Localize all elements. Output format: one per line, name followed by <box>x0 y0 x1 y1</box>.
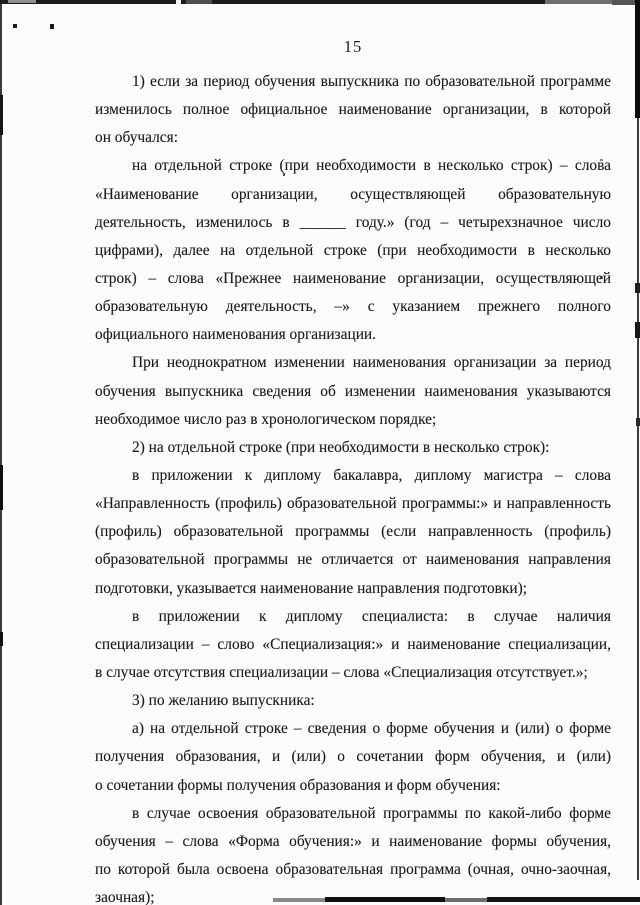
scan-edge-left <box>0 4 2 905</box>
text-line: 3) по желанию выпускника: <box>95 687 611 715</box>
scan-edge-right-segment <box>635 283 640 293</box>
text-line: он обучался: <box>95 124 611 152</box>
text-line: 2) на отдельной строке (при необходимост… <box>95 434 611 462</box>
text-line: обучения выпускника сведения об изменени… <box>95 378 611 406</box>
text-line: на отдельной строке (при необходимости в… <box>95 152 611 180</box>
scan-edge-left-segment <box>0 465 3 510</box>
text-line: необходимое число раз в хронологическом … <box>95 406 611 434</box>
text-line: (профиль) образовательной программы (есл… <box>95 518 611 546</box>
text-line: специализации – слово «Специализация:» и… <box>95 631 611 659</box>
scan-edge-right <box>637 118 639 880</box>
text-line: в приложении к диплому бакалавра, диплом… <box>95 462 611 490</box>
text-line: в случае освоения образовательной програ… <box>95 800 611 828</box>
text-line: 1) если за период обучения выпускника по… <box>95 68 611 96</box>
scan-edge-right-segment <box>636 418 640 426</box>
paragraph: в приложении к диплому специалиста: в сл… <box>95 603 611 687</box>
text-line: а) на отдельной строке – сведения о форм… <box>95 715 611 743</box>
text-line: подготовки, указывается наименование нап… <box>95 575 611 603</box>
paragraph: на отдельной строке (при необходимости в… <box>95 152 611 349</box>
text-body: 1) если за период обучения выпускника по… <box>95 68 611 905</box>
scan-speck <box>50 24 54 29</box>
text-line: «Направленность (профиль) образовательно… <box>95 490 611 518</box>
text-line: обучения – слова «Форма обучения:» и наи… <box>95 828 611 856</box>
text-line: заочная); <box>95 884 611 905</box>
scan-edge-right-block <box>635 0 640 118</box>
scan-edge-top-segment <box>176 0 181 4</box>
paragraph: в случае освоения образовательной програ… <box>95 800 611 905</box>
text-line: строк) – слова «Прежнее наименование орг… <box>95 265 611 293</box>
text-line: в приложении к диплому специалиста: в сл… <box>95 603 611 631</box>
paragraph: 1) если за период обучения выпускника по… <box>95 68 611 152</box>
scanned-page: 15 1) если за период обучения выпускника… <box>0 0 640 905</box>
paragraph: в приложении к диплому бакалавра, диплом… <box>95 462 611 603</box>
text-line: в случае отсутствия специализации – слов… <box>95 659 611 687</box>
scan-edge-top <box>0 0 640 4</box>
paragraph: 2) на отдельной строке (при необходимост… <box>95 434 611 462</box>
page-number: 15 <box>95 37 611 57</box>
text-line: При неоднократном изменении наименования… <box>95 349 611 377</box>
text-line: о сочетании формы получения образования … <box>95 772 611 800</box>
paragraph: 3) по желанию выпускника: <box>95 687 611 715</box>
text-line: по которой была освоена образовательная … <box>95 856 611 884</box>
text-line: деятельность, изменилось в ______ году.»… <box>95 209 611 237</box>
text-line: изменилось полное официальное наименован… <box>95 96 611 124</box>
text-line: «Наименование организации, осуществляюще… <box>95 181 611 209</box>
scan-edge-right-segment <box>635 322 640 338</box>
text-line: образовательную деятельность, –» с указа… <box>95 293 611 321</box>
text-line: официального наименования организации. <box>95 321 611 349</box>
paragraph: а) на отдельной строке – сведения о форм… <box>95 715 611 799</box>
scan-edge-top-segment <box>186 0 212 4</box>
scan-edge-top-segment <box>8 0 36 3</box>
scan-edge-left-segment <box>0 95 3 135</box>
scan-speck <box>13 24 17 28</box>
text-line: цифрами), далее на отдельной строке (при… <box>95 237 611 265</box>
paragraph: При неоднократном изменении наименования… <box>95 349 611 433</box>
text-line: образовательной программы не отличается … <box>95 546 611 574</box>
text-line: получения образования, и (или) о сочетан… <box>95 743 611 771</box>
scan-edge-left-segment <box>0 632 3 646</box>
